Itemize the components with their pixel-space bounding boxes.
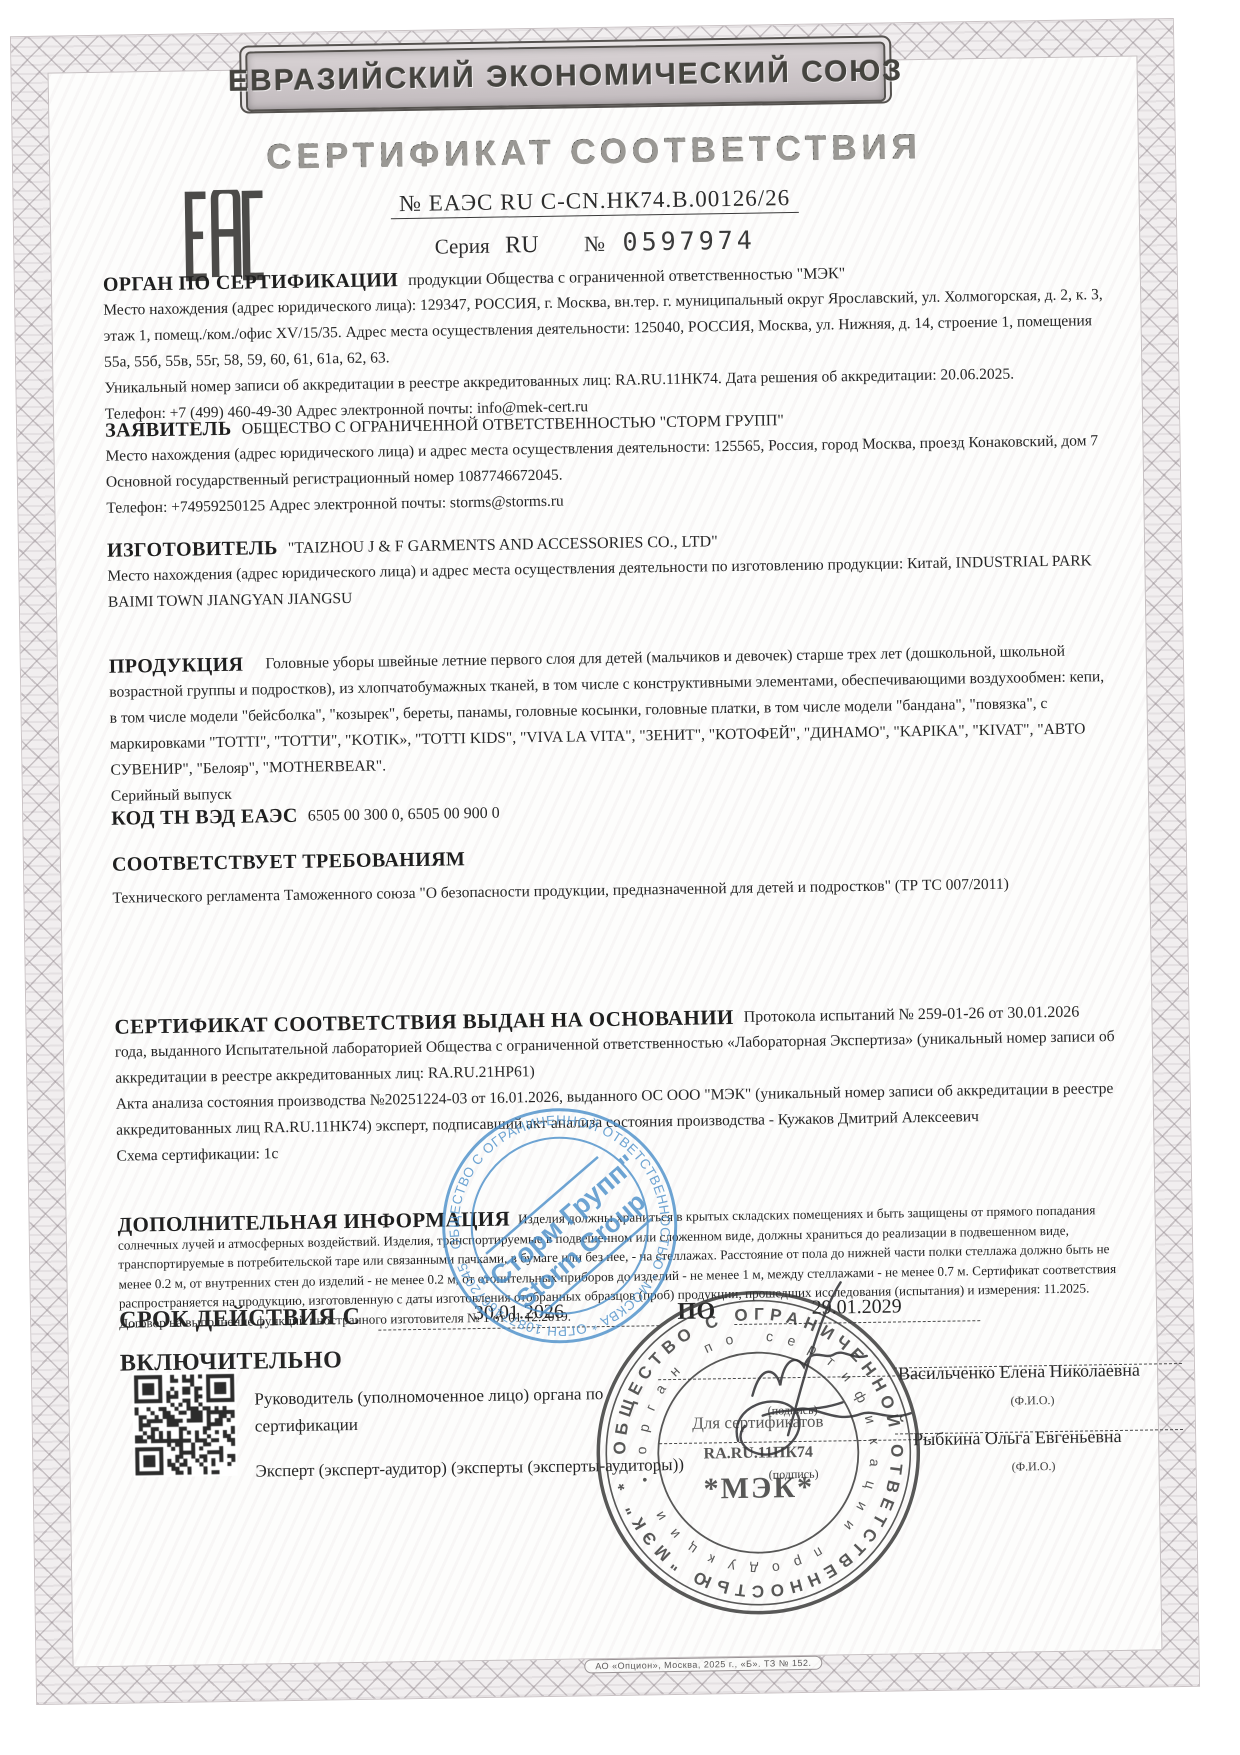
union-banner: ЕВРАЗИЙСКИЙ ЭКОНОМИЧЕСКИЙ СОЮЗ xyxy=(239,35,892,113)
products-description: Головные уборы швейные летние первого сл… xyxy=(109,638,1115,784)
blank-number-value: 0597974 xyxy=(622,226,756,257)
series-value: RU xyxy=(505,232,539,259)
validity-from-label: СРОК ДЕЙСТВИЯ С xyxy=(119,1304,361,1335)
basis-protocol: Протокола испытаний № 259-01-26 от 30.01… xyxy=(743,1000,1079,1031)
applicant-heading: ЗАЯВИТЕЛЬ xyxy=(105,416,232,444)
blank-number-label: № xyxy=(584,231,605,256)
section-basis: СЕРТИФИКАТ СООТВЕТСТВИЯ ВЫДАН НА ОСНОВАН… xyxy=(114,998,1120,1170)
expert-fio-caption: (Ф.И.О.) xyxy=(973,1458,1093,1475)
certificate-sheet: ЕВРАЗИЙСКИЙ ЭКОНОМИЧЕСКИЙ СОЮЗ СЕРТИФИКА… xyxy=(11,19,1199,1704)
head-signature-caption: (подпись) xyxy=(733,1402,853,1419)
section-products: ПРОДУКЦИЯ Головные уборы швейные летние … xyxy=(109,638,1115,810)
tnved-heading: КОД ТН ВЭД ЕАЭС xyxy=(111,803,298,832)
validity-from-date: 30.01.2026 xyxy=(378,1299,659,1330)
head-signatory-label: Руководитель (уполномоченное лицо) орган… xyxy=(254,1379,685,1440)
section-applicant: ЗАЯВИТЕЛЬ ОБЩЕСТВО С ОГРАНИЧЕННОЙ ОТВЕТС… xyxy=(105,402,1111,522)
series-label: Серия xyxy=(435,234,490,259)
expert-signature-caption: (подпись) xyxy=(734,1466,854,1483)
head-fio-caption: (Ф.И.О.) xyxy=(972,1392,1092,1409)
validity-to-date: 29.01.2029 xyxy=(734,1294,980,1325)
tnved-codes: 6505 00 300 0, 6505 00 900 0 xyxy=(308,801,500,830)
section-manufacturer: ИЗГОТОВИТЕЛЬ "TAIZHOU J & F GARMENTS AND… xyxy=(107,522,1112,616)
validity-to-label: ПО xyxy=(677,1298,716,1326)
section-certification-body: ОРГАН ПО СЕРТИФИКАЦИИ продукции Общества… xyxy=(103,256,1109,428)
products-heading: ПРОДУКЦИЯ xyxy=(109,652,244,680)
qr-code xyxy=(132,1372,238,1478)
manufacturer-heading: ИЗГОТОВИТЕЛЬ xyxy=(107,535,278,564)
union-banner-plate: ЕВРАЗИЙСКИЙ ЭКОНОМИЧЕСКИЙ СОЮЗ xyxy=(245,41,886,111)
union-banner-text: ЕВРАЗИЙСКИЙ ЭКОНОМИЧЕСКИЙ СОЮЗ xyxy=(228,54,904,99)
